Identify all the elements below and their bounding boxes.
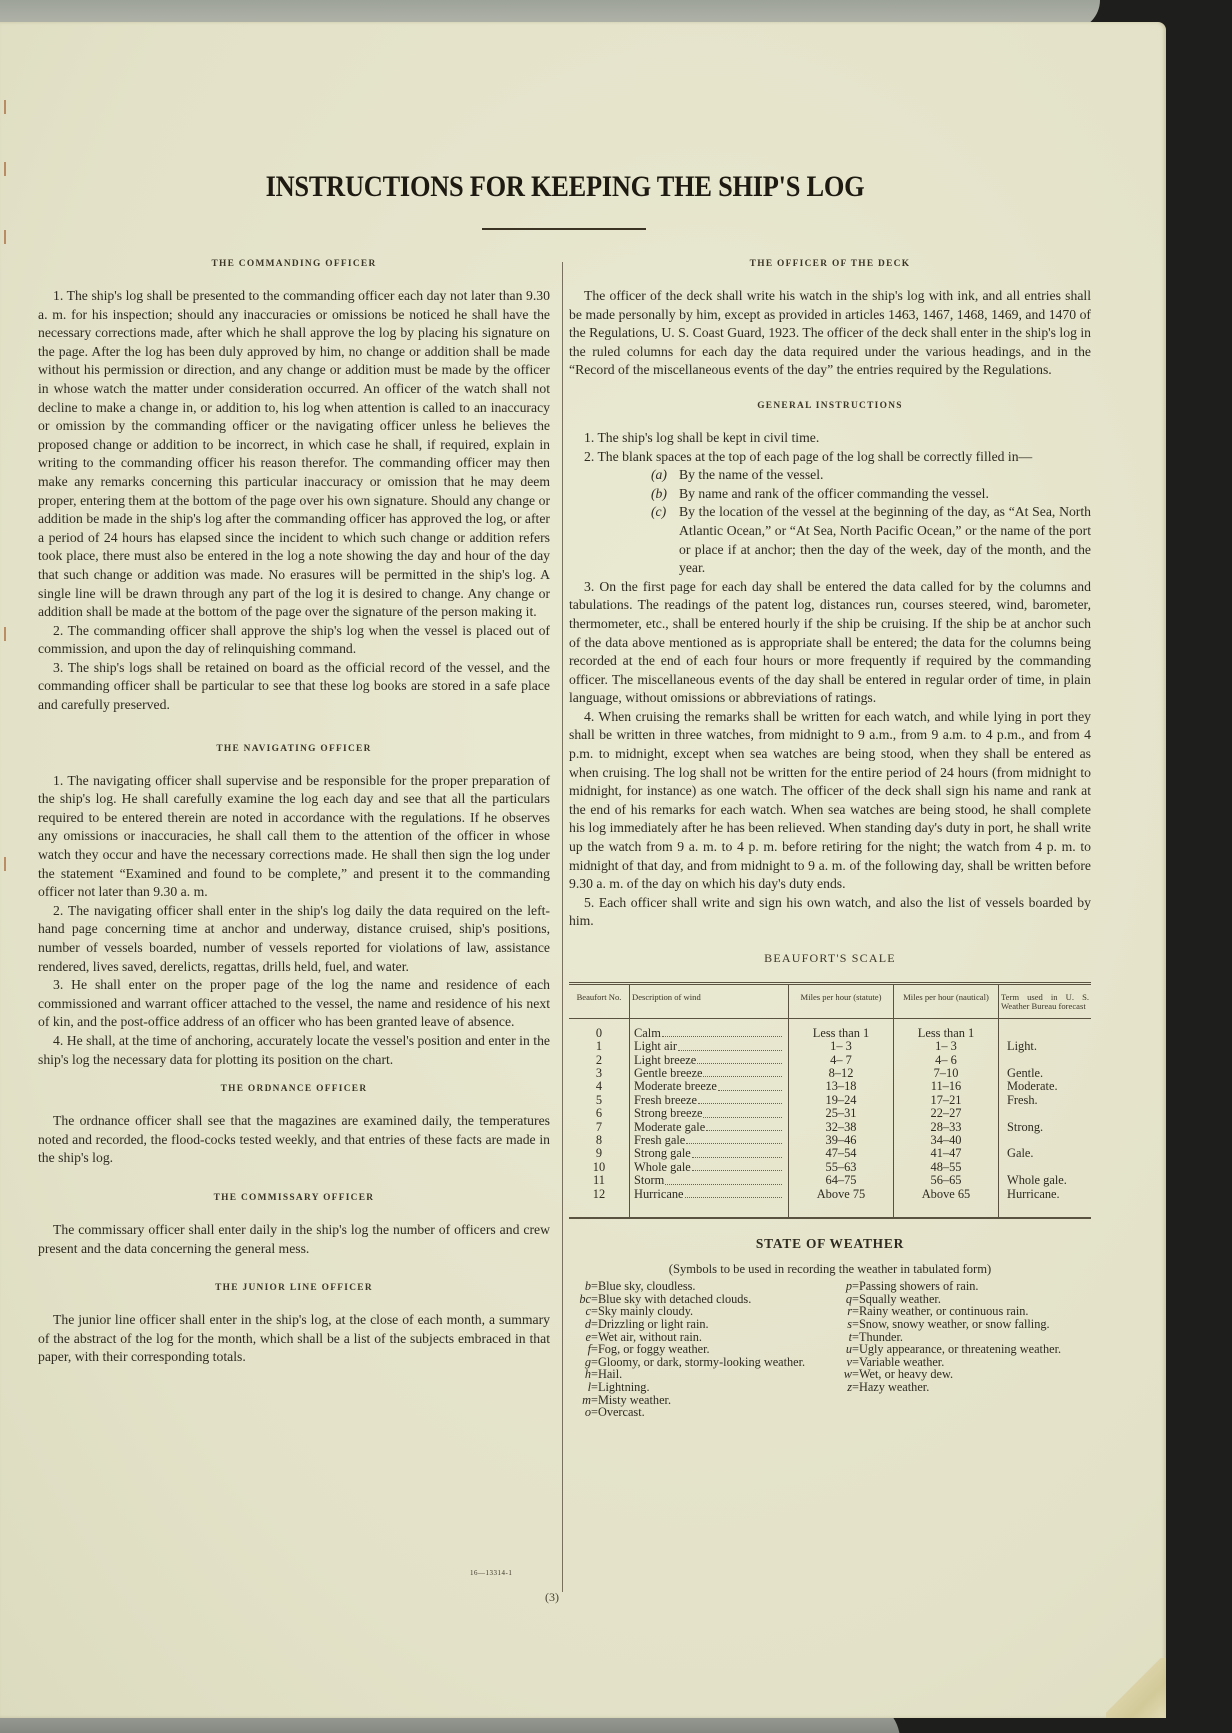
sub-item-text: By the name of the vessel.: [679, 467, 823, 482]
section-general-instructions: GENERAL INSTRUCTIONS 1. The ship's log s…: [569, 400, 1091, 931]
forecast-term: [999, 1107, 1092, 1120]
paragraph: 1. The ship's log shall be presented to …: [38, 287, 550, 622]
forecast-term: Hurricane.: [999, 1188, 1092, 1218]
section-commanding-officer: THE COMMANDING OFFICER 1. The ship's log…: [38, 258, 550, 715]
table-row: 8Fresh gale39–4634–40: [569, 1134, 1091, 1147]
table-row: 3Gentle breeze8–127–10Gentle.: [569, 1067, 1091, 1080]
forecast-term: Gentle.: [999, 1067, 1092, 1080]
paragraph: The officer of the deck shall write his …: [569, 287, 1091, 380]
wind-description: Whole gale: [630, 1161, 789, 1174]
weather-symbol-item: u=Ugly appearance, or threatening weathe…: [830, 1343, 1091, 1356]
col-header: Miles per hour (nautical): [894, 983, 999, 1018]
equals-sign: =: [591, 1381, 598, 1394]
section-heading: THE NAVIGATING OFFICER: [38, 743, 550, 755]
sub-item: (a)By the name of the vessel.: [569, 466, 1091, 485]
sub-item-label: (a): [651, 466, 679, 485]
mph-nautical: 56–65: [894, 1174, 999, 1187]
section-heading: THE COMMISSARY OFFICER: [38, 1192, 550, 1204]
wind-description: Moderate breeze: [630, 1080, 789, 1093]
weather-symbol: b: [569, 1280, 591, 1293]
beaufort-table: Beaufort No. Description of wind Miles p…: [569, 982, 1091, 1219]
mph-nautical: 7–10: [894, 1067, 999, 1080]
table-header-row: Beaufort No. Description of wind Miles p…: [569, 983, 1091, 1018]
mph-statute: 47–54: [789, 1147, 894, 1160]
section-state-of-weather: STATE OF WEATHER (Symbols to be used in …: [569, 1235, 1091, 1419]
mph-nautical: 41–47: [894, 1147, 999, 1160]
equals-sign: =: [591, 1280, 598, 1293]
paragraph: 1. The ship's log shall be kept in civil…: [569, 429, 1091, 448]
mph-nautical: 11–16: [894, 1080, 999, 1093]
weather-meaning: Ugly appearance, or threatening weather.: [859, 1343, 1091, 1356]
equals-sign: =: [852, 1343, 859, 1356]
weather-symbol-item: z=Hazy weather.: [830, 1381, 1091, 1394]
beaufort-title: BEAUFORT'S SCALE: [569, 949, 1091, 968]
mph-nautical: 48–55: [894, 1161, 999, 1174]
section-ordnance-officer: THE ORDNANCE OFFICER The ordnance office…: [38, 1083, 550, 1168]
forecast-term: Strong.: [999, 1121, 1092, 1134]
weather-symbol-item: b=Blue sky, cloudless.: [569, 1280, 830, 1293]
beaufort-number: 1: [569, 1040, 630, 1053]
table-row: 11Storm64–7556–65Whole gale.: [569, 1174, 1091, 1187]
equals-sign: =: [591, 1343, 598, 1356]
mph-statute: 55–63: [789, 1161, 894, 1174]
mph-statute: Above 75: [789, 1188, 894, 1218]
paragraph: The junior line officer shall enter in t…: [38, 1311, 550, 1367]
beaufort-number: 11: [569, 1174, 630, 1187]
equals-sign: =: [852, 1280, 859, 1293]
weather-symbol-item: o=Overcast.: [569, 1406, 830, 1419]
weather-symbol-item: d=Drizzling or light rain.: [569, 1318, 830, 1331]
wind-description: Fresh gale: [630, 1134, 789, 1147]
beaufort-number: 6: [569, 1107, 630, 1120]
weather-title: STATE OF WEATHER: [569, 1235, 1091, 1254]
weather-symbol: u: [830, 1343, 852, 1356]
table-row: 6Strong breeze25–3122–27: [569, 1107, 1091, 1120]
sub-item-label: (c): [651, 503, 679, 522]
paragraph: 2. The commanding officer shall approve …: [38, 622, 550, 659]
weather-symbol-item: s=Snow, snowy weather, or snow falling.: [830, 1318, 1091, 1331]
section-heading: THE ORDNANCE OFFICER: [38, 1083, 550, 1095]
sub-item-list: (a)By the name of the vessel. (b)By name…: [569, 466, 1091, 578]
paragraph: 5. Each officer shall write and sign his…: [569, 894, 1091, 931]
section-beaufort-scale: BEAUFORT'S SCALE Beaufort No. Descriptio…: [569, 949, 1091, 1219]
weather-symbol: s: [830, 1318, 852, 1331]
paragraph: 3. The ship's logs shall be retained on …: [38, 659, 550, 715]
table-row: 4Moderate breeze13–1811–16Moderate.: [569, 1080, 1091, 1093]
forecast-term: Fresh.: [999, 1094, 1092, 1107]
wind-description: Light breeze: [630, 1054, 789, 1067]
beaufort-number: 9: [569, 1147, 630, 1160]
weather-meaning: Lightning.: [598, 1381, 830, 1394]
sub-item: (c)By the location of the vessel at the …: [569, 503, 1091, 577]
table-row: 0CalmLess than 1Less than 1: [569, 1018, 1091, 1040]
weather-symbols-right: p=Passing showers of rain.q=Squally weat…: [830, 1280, 1091, 1419]
equals-sign: =: [591, 1318, 598, 1331]
margin-marks: [0, 22, 12, 1718]
col-header: Term used in U. S. Weather Bureau foreca…: [999, 983, 1092, 1018]
equals-sign: =: [852, 1318, 859, 1331]
paragraph: 4. He shall, at the time of anchoring, a…: [38, 1032, 550, 1069]
forecast-term: Light.: [999, 1040, 1092, 1053]
right-column: THE OFFICER OF THE DECK The officer of t…: [569, 258, 1091, 1419]
sub-item-text: By name and rank of the officer commandi…: [679, 486, 989, 501]
forecast-term: Whole gale.: [999, 1174, 1092, 1187]
table-row: 5Fresh breeze19–2417–21Fresh.: [569, 1094, 1091, 1107]
table-row: 1Light air1– 31– 3Light.: [569, 1040, 1091, 1053]
beaufort-number: 3: [569, 1067, 630, 1080]
weather-symbol-item: f=Fog, or foggy weather.: [569, 1343, 830, 1356]
mph-nautical: 34–40: [894, 1134, 999, 1147]
table-row: 12HurricaneAbove 75Above 65Hurricane.: [569, 1188, 1091, 1218]
mph-nautical: Above 65: [894, 1188, 999, 1218]
mph-nautical: 4– 6: [894, 1054, 999, 1067]
column-divider: [562, 262, 563, 1592]
mph-statute: 4– 7: [789, 1054, 894, 1067]
paragraph: 1. The navigating officer shall supervis…: [38, 772, 550, 902]
weather-symbol-item: l=Lightning.: [569, 1381, 830, 1394]
mph-nautical: 22–27: [894, 1107, 999, 1120]
paragraph: 2. The navigating officer shall enter in…: [38, 902, 550, 976]
mph-nautical: Less than 1: [894, 1018, 999, 1040]
wind-description: Strong gale: [630, 1147, 789, 1160]
mph-nautical: 17–21: [894, 1094, 999, 1107]
wind-description: Strong breeze: [630, 1107, 789, 1120]
col-header: Beaufort No.: [569, 983, 630, 1018]
page-corner-curl: [1106, 1658, 1166, 1718]
paragraph: 4. When cruising the remarks shall be wr…: [569, 708, 1091, 894]
section-heading: THE COMMANDING OFFICER: [38, 258, 550, 270]
mph-statute: 32–38: [789, 1121, 894, 1134]
weather-meaning: Overcast.: [598, 1406, 830, 1419]
sub-item-label: (b): [651, 485, 679, 504]
section-heading: THE OFFICER OF THE DECK: [569, 258, 1091, 270]
forecast-term: Moderate.: [999, 1080, 1092, 1093]
section-navigating-officer: THE NAVIGATING OFFICER 1. The navigating…: [38, 743, 550, 1070]
weather-meaning: Gloomy, or dark, stormy-looking weather.: [598, 1356, 830, 1369]
col-header: Description of wind: [630, 983, 789, 1018]
beaufort-number: 5: [569, 1094, 630, 1107]
mph-statute: 39–46: [789, 1134, 894, 1147]
section-commissary-officer: THE COMMISSARY OFFICER The commissary of…: [38, 1192, 550, 1258]
mph-statute: 64–75: [789, 1174, 894, 1187]
weather-symbol: f: [569, 1343, 591, 1356]
sub-item: (b)By name and rank of the officer comma…: [569, 485, 1091, 504]
weather-subtitle: (Symbols to be used in recording the wea…: [569, 1260, 1091, 1279]
document-page: INSTRUCTIONS FOR KEEPING THE SHIP'S LOG …: [0, 22, 1166, 1718]
mph-statute: Less than 1: [789, 1018, 894, 1040]
weather-meaning: Hazy weather.: [859, 1381, 1091, 1394]
paragraph: The ordnance officer shall see that the …: [38, 1112, 550, 1168]
wind-description: Hurricane: [630, 1188, 789, 1218]
mph-statute: 8–12: [789, 1067, 894, 1080]
mph-statute: 25–31: [789, 1107, 894, 1120]
mph-statute: 19–24: [789, 1094, 894, 1107]
equals-sign: =: [591, 1406, 598, 1419]
beaufort-number: 7: [569, 1121, 630, 1134]
weather-symbol: z: [830, 1381, 852, 1394]
paragraph: The commissary officer shall enter daily…: [38, 1221, 550, 1258]
paragraph: 3. On the first page for each day shall …: [569, 578, 1091, 708]
beaufort-number: 2: [569, 1054, 630, 1067]
wind-description: Moderate gale: [630, 1121, 789, 1134]
wind-description: Calm: [630, 1018, 789, 1040]
mph-statute: 13–18: [789, 1080, 894, 1093]
section-junior-line-officer: THE JUNIOR LINE OFFICER The junior line …: [38, 1282, 550, 1367]
wind-description: Fresh breeze: [630, 1094, 789, 1107]
wind-description: Gentle breeze: [630, 1067, 789, 1080]
weather-meaning: Snow, snowy weather, or snow falling.: [859, 1318, 1091, 1331]
beaufort-number: 8: [569, 1134, 630, 1147]
section-heading: GENERAL INSTRUCTIONS: [569, 400, 1091, 412]
col-header: Miles per hour (statute): [789, 983, 894, 1018]
table-row: 9Strong gale47–5441–47Gale.: [569, 1147, 1091, 1160]
title-rule: [482, 228, 646, 230]
print-code: 16—13314-1: [470, 1569, 512, 1577]
weather-symbol: p: [830, 1280, 852, 1293]
weather-symbols-left: b=Blue sky, cloudless.bc=Blue sky with d…: [569, 1280, 830, 1419]
mph-statute: 1– 3: [789, 1040, 894, 1053]
weather-symbol-grid: b=Blue sky, cloudless.bc=Blue sky with d…: [569, 1280, 1091, 1419]
mph-nautical: 1– 3: [894, 1040, 999, 1053]
forecast-term: [999, 1134, 1092, 1147]
beaufort-number: 0: [569, 1018, 630, 1040]
weather-symbol-item: p=Passing showers of rain.: [830, 1280, 1091, 1293]
beaufort-number: 10: [569, 1161, 630, 1174]
weather-symbol: l: [569, 1381, 591, 1394]
forecast-term: [999, 1161, 1092, 1174]
section-officer-of-the-deck: THE OFFICER OF THE DECK The officer of t…: [569, 258, 1091, 380]
beaufort-number: 4: [569, 1080, 630, 1093]
weather-symbol: d: [569, 1318, 591, 1331]
wind-description: Storm: [630, 1174, 789, 1187]
equals-sign: =: [852, 1381, 859, 1394]
table-row: 10Whole gale55–6348–55: [569, 1161, 1091, 1174]
mph-nautical: 28–33: [894, 1121, 999, 1134]
forecast-term: [999, 1054, 1092, 1067]
wind-description: Light air: [630, 1040, 789, 1053]
weather-meaning: Blue sky, cloudless.: [598, 1280, 830, 1293]
left-column: THE COMMANDING OFFICER 1. The ship's log…: [38, 258, 550, 1395]
weather-meaning: Passing showers of rain.: [859, 1280, 1091, 1293]
weather-meaning: Drizzling or light rain.: [598, 1318, 830, 1331]
weather-meaning: Fog, or foggy weather.: [598, 1343, 830, 1356]
paragraph: 2. The blank spaces at the top of each p…: [569, 448, 1091, 467]
paragraph: 3. He shall enter on the proper page of …: [38, 976, 550, 1032]
beaufort-table-body: 0CalmLess than 1Less than 11Light air1– …: [569, 1018, 1091, 1218]
beaufort-number: 12: [569, 1188, 630, 1218]
table-row: 2Light breeze4– 74– 6: [569, 1054, 1091, 1067]
forecast-term: [999, 1018, 1092, 1040]
weather-symbol: o: [569, 1406, 591, 1419]
page-number: (3): [545, 1590, 559, 1605]
sub-item-text: By the location of the vessel at the beg…: [679, 504, 1091, 575]
table-row: 7Moderate gale32–3828–33Strong.: [569, 1121, 1091, 1134]
page-title: INSTRUCTIONS FOR KEEPING THE SHIP'S LOG: [68, 170, 1062, 204]
section-heading: THE JUNIOR LINE OFFICER: [38, 1282, 550, 1294]
forecast-term: Gale.: [999, 1147, 1092, 1160]
